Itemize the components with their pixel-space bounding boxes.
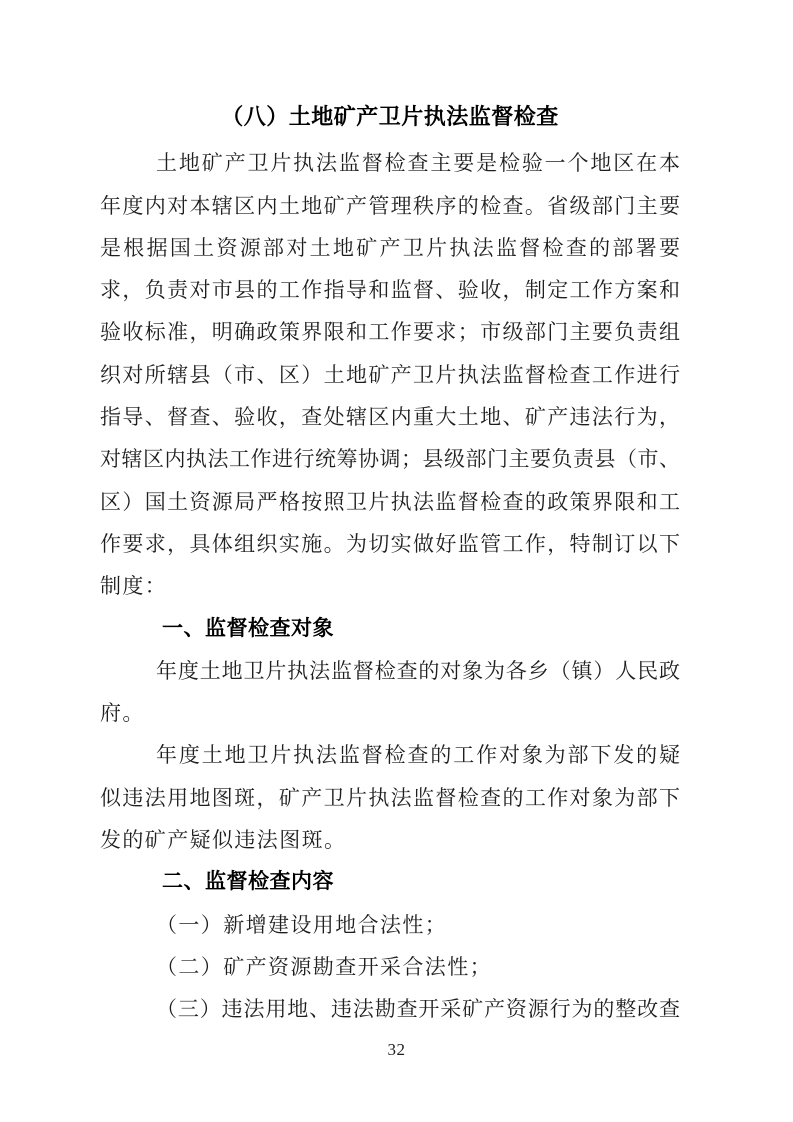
- section-heading-1: 一、监督检查对象: [100, 608, 680, 650]
- body-line: 指导、督查、验收，查处辖区内重大土地、矿产违法行为，: [100, 396, 680, 438]
- body-line: 土地矿产卫片执法监督检查主要是检验一个地区在本: [100, 142, 680, 184]
- body-line: 作要求，具体组织实施。为切实做好监管工作，特制订以下: [100, 523, 680, 565]
- body-line: 制度：: [100, 565, 680, 607]
- body-line: 年度土地卫片执法监督检查的对象为各乡（镇）人民政: [100, 650, 680, 692]
- body-line: 求，负责对市县的工作指导和监督、验收，制定工作方案和: [100, 269, 680, 311]
- document-content: （八）土地矿产卫片执法监督检查 土地矿产卫片执法监督检查主要是检验一个地区在本 …: [100, 96, 680, 1031]
- body-line: 对辖区内执法工作进行统筹协调；县级部门主要负责县（市、: [100, 438, 680, 480]
- body-line: 织对所辖县（市、区）土地矿产卫片执法监督检查工作进行: [100, 354, 680, 396]
- list-item-3: （三）违法用地、违法勘查开采矿产资源行为的整改查: [100, 988, 680, 1030]
- body-line: 年度土地卫片执法监督检查的工作对象为部下发的疑: [100, 734, 680, 776]
- body-line: 年度内对本辖区内土地矿产管理秩序的检查。省级部门主要: [100, 185, 680, 227]
- page-number: 32: [0, 1038, 793, 1062]
- body-line: 是根据国土资源部对土地矿产卫片执法监督检查的部署要: [100, 227, 680, 269]
- body-line: 府。: [100, 692, 680, 734]
- document-title: （八）土地矿产卫片执法监督检查: [100, 96, 680, 138]
- list-item-1: （一）新增建设用地合法性；: [100, 904, 680, 946]
- body-line: 发的矿产疑似违法图斑。: [100, 819, 680, 861]
- body-line: 区）国土资源局严格按照卫片执法监督检查的政策界限和工: [100, 481, 680, 523]
- section-heading-2: 二、监督检查内容: [100, 861, 680, 903]
- body-line: 验收标准，明确政策界限和工作要求；市级部门主要负责组: [100, 311, 680, 353]
- list-item-2: （二）矿产资源勘查开采合法性；: [100, 946, 680, 988]
- document-page: （八）土地矿产卫片执法监督检查 土地矿产卫片执法监督检查主要是检验一个地区在本 …: [0, 0, 793, 1122]
- body-line: 似违法用地图斑，矿产卫片执法监督检查的工作对象为部下: [100, 777, 680, 819]
